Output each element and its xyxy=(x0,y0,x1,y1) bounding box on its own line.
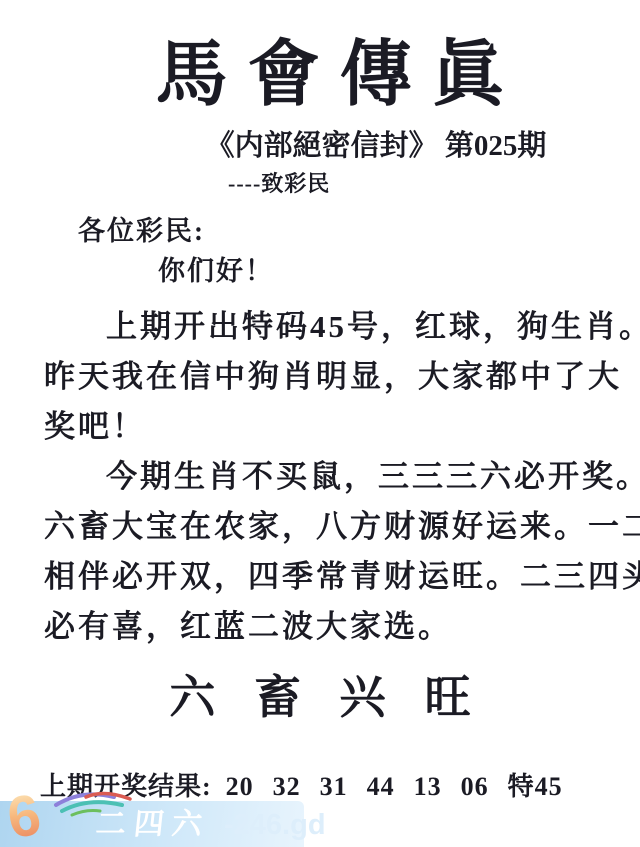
body-line: 必有喜，红蓝二波大家选。 xyxy=(44,602,600,652)
result-number: 20 xyxy=(226,772,254,801)
body-line: 相伴必开双，四季常青财运旺。二三四头 xyxy=(44,552,600,602)
greeting: 你们好！ xyxy=(158,252,274,290)
issue-line: 《内部絕密信封》 第025期 xyxy=(0,124,640,168)
body-line: 昨天我在信中狗肖明显，大家都中了大 xyxy=(44,352,600,402)
watermark-site-domain: -246.gd xyxy=(224,810,326,841)
dedication-line: ----致彩民 xyxy=(228,170,330,198)
body-line: 六畜大宝在农家，八方财源好运来。一二 xyxy=(44,502,600,552)
result-number: 13 xyxy=(414,772,442,801)
page-title: 馬會傳眞 xyxy=(0,30,640,120)
result-special-number: 特45 xyxy=(508,772,563,801)
result-number: 31 xyxy=(320,772,348,801)
body-line: 奖吧！ xyxy=(44,402,600,452)
result-number: 32 xyxy=(273,772,301,801)
salutation: 各位彩民: xyxy=(78,212,205,250)
watermark-digit: 6 xyxy=(3,786,45,847)
result-number: 06 xyxy=(461,772,489,801)
body-line: 今期生肖不买鼠，三三三六必开奖。 xyxy=(44,452,600,502)
body-line: 上期开出特码45号，红球，狗生肖。 xyxy=(44,302,600,352)
site-watermark: 6 二四六 -246.gd xyxy=(0,801,304,847)
result-number: 44 xyxy=(367,772,395,801)
watermark-site-name: 二四六 xyxy=(94,809,211,841)
scanned-lottery-letter: 馬會傳眞 《内部絕密信封》 第025期 ----致彩民 各位彩民: 你们好！ 上… xyxy=(0,0,640,847)
slogan: 六畜兴旺 xyxy=(0,666,640,730)
letter-body: 上期开出特码45号，红球，狗生肖。 昨天我在信中狗肖明显，大家都中了大 奖吧！ … xyxy=(44,302,600,652)
